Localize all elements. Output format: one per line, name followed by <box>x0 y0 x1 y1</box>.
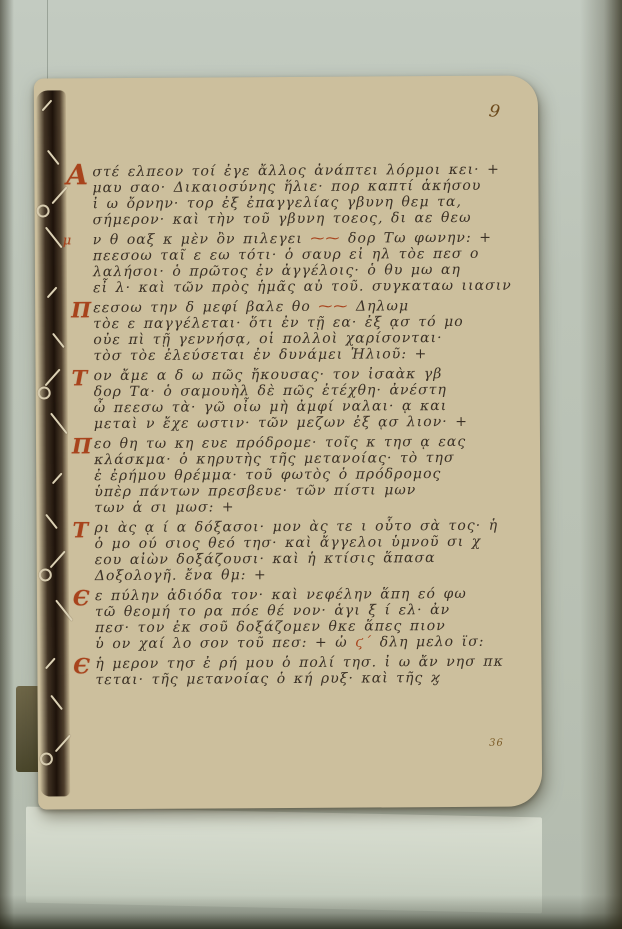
rubric-initial: μ <box>63 233 73 248</box>
manuscript-line: τεται· τῆς μετανοίας ὁ κή ρυξ· καὶ τῆς ϗ <box>95 670 523 689</box>
rubric-initial: Τ <box>72 365 89 390</box>
quire-mark: 36 <box>489 738 504 749</box>
photo-background: 9 Αστέ ελπεον τοί ἐγε ἄλλος ἀνάπτει λόρμ… <box>0 0 622 929</box>
ink-text: εου αἰὼν δοξάζουσι· καὶ ἡ κτίσις ἅπασα <box>95 550 436 568</box>
sewing-threads <box>34 75 538 78</box>
manuscript-line: Δοξολογῆ. ἔνα θμ: + <box>95 566 523 585</box>
text-block: Єε πύλην ἀδιόδα τον· καὶ νεφέλην ἅπη εό … <box>95 586 523 653</box>
manuscript-line: τὸε ε παγγέλεται· ὅτι ἐν τῇ εα· ἐξ ᾳσ τό… <box>93 314 521 333</box>
ink-text: σήμερον· καὶ τὴν τοῦ γβυνη τοεος, δι αε … <box>93 210 472 228</box>
rubric-initial: Π <box>72 433 93 458</box>
ink-text: εεσοω την δ μεφί βαλε θο <box>93 299 318 316</box>
ink-text: Δηλωμ <box>356 298 409 314</box>
manuscript-line: των ἁ σι μωσ: + <box>94 498 522 517</box>
manuscript-line: ὁ μο ού σιος θεό τησ· καὶ ἄγγελοι ὑμνοῦ … <box>95 534 523 553</box>
manuscript-line: ἡ μερον τησ ἐ ρή μου ὁ πολί τησ. ἰ ω ἄν … <box>95 654 523 673</box>
rubric-initial: Α <box>66 158 89 191</box>
ink-text: ἡ μερον τησ ἐ ρή μου ὁ πολί τησ. ἰ ω ἄν … <box>95 654 504 672</box>
text-area: Αστέ ελπεον τοί ἐγε ἄλλος ἀνάπτει λόρμοι… <box>92 162 523 693</box>
guard-sheet <box>26 807 542 914</box>
ink-text: δλη μελο ϊσ: <box>372 634 484 651</box>
rubric-initial: Є <box>73 653 91 678</box>
thread-loop <box>38 386 51 399</box>
text-block: Τρι ὰς ᾳ ί α δόξασοι· μον ὰς τε ι οὗτο σ… <box>94 518 522 585</box>
ink-text: τεται· τῆς μετανοίας ὁ κή ρυξ· καὶ τῆς ϗ <box>95 670 440 688</box>
ink-text: Δοξολογῆ. ἔνα θμ: + <box>95 567 267 584</box>
rubric-initial: Є <box>73 585 91 610</box>
rubric-text: ⁓⁓ <box>310 231 348 247</box>
manuscript-line: εο θη τω κη ευε πρόδρομε· τοῖς κ τησ ᾳ ε… <box>94 434 522 453</box>
manuscript-line: ὑ ον χαί λο σον τοῦ πεσ: + ὠ ϛ´ δλη μελο… <box>95 634 523 653</box>
ink-text: εἶ λ· καὶ τῶν πρὸς ἡμᾶς αὐ τοῦ. συγκαταω… <box>93 278 512 297</box>
rubric-initial: Π <box>71 297 92 322</box>
binding-gutter <box>36 90 70 796</box>
ink-text: ὑπὲρ πάντων πρεσβευε· τῶν πίστι μων <box>94 482 416 500</box>
manuscript-line: σήμερον· καὶ τὴν τοῦ γβυνη τοεος, δι αε … <box>93 210 521 229</box>
ink-text: δορ Τω φωνην: + <box>348 230 492 247</box>
manuscript-line: τὸσ τὸε ἐλεύσεται ἐν δυνάμει Ἠλιοῦ: + <box>93 346 521 365</box>
ink-text: των ἁ σι μωσ: + <box>94 499 234 516</box>
text-block: Єἡ μερον τησ ἐ ρή μου ὁ πολί τησ. ἰ ω ἄν… <box>95 654 523 689</box>
ink-text: ὑ ον χαί λο σον τοῦ πεσ: + ὠ <box>95 635 355 653</box>
rubric-text: ϛ´ <box>355 634 372 650</box>
mount-seam-line <box>47 0 48 88</box>
ink-text: ν θ οαξ κ μὲν ὂν πιλεγει <box>93 231 311 248</box>
ink-text: μεταὶ ν ἔχε ωστιν· τῶν μεζων ἐξ ᾳσ λιον·… <box>94 414 468 432</box>
ink-text: τὸσ τὸε ἐλεύσεται ἐν δυνάμει Ἠλιοῦ: + <box>93 346 427 364</box>
rubric-text: ⁓⁓ <box>318 299 356 315</box>
text-block: Πεεσοω την δ μεφί βαλε θο ⁓⁓ Δηλωμτὸε ε … <box>93 298 521 365</box>
folio-number: 9 <box>488 101 501 122</box>
manuscript-line: εἶ λ· καὶ τῶν πρὸς ἡμᾶς αὐ τοῦ. συγκαταω… <box>93 278 521 297</box>
text-block: Τον ἄμε α δ ω πῶς ἤκουσας· τον ἰσαὰκ γβδ… <box>94 366 522 433</box>
text-block: μν θ οαξ κ μὲν ὂν πιλεγει ⁓⁓ δορ Τω φωνη… <box>93 230 521 297</box>
text-block: Αστέ ελπεον τοί ἐγε ἄλλος ἀνάπτει λόρμοι… <box>92 162 520 229</box>
manuscript-line: μεταὶ ν ἔχε ωστιν· τῶν μεζων ἐξ ᾳσ λιον·… <box>94 414 522 433</box>
manuscript-page: 9 Αστέ ελπεον τοί ἐγε ἄλλος ἀνάπτει λόρμ… <box>34 75 542 809</box>
manuscript-line: ε πύλην ἀδιόδα τον· καὶ νεφέλην ἅπη εό φ… <box>95 586 523 605</box>
text-block: Πεο θη τω κη ευε πρόδρομε· τοῖς κ τησ ᾳ … <box>94 434 522 517</box>
rubric-initial: Τ <box>72 517 89 542</box>
